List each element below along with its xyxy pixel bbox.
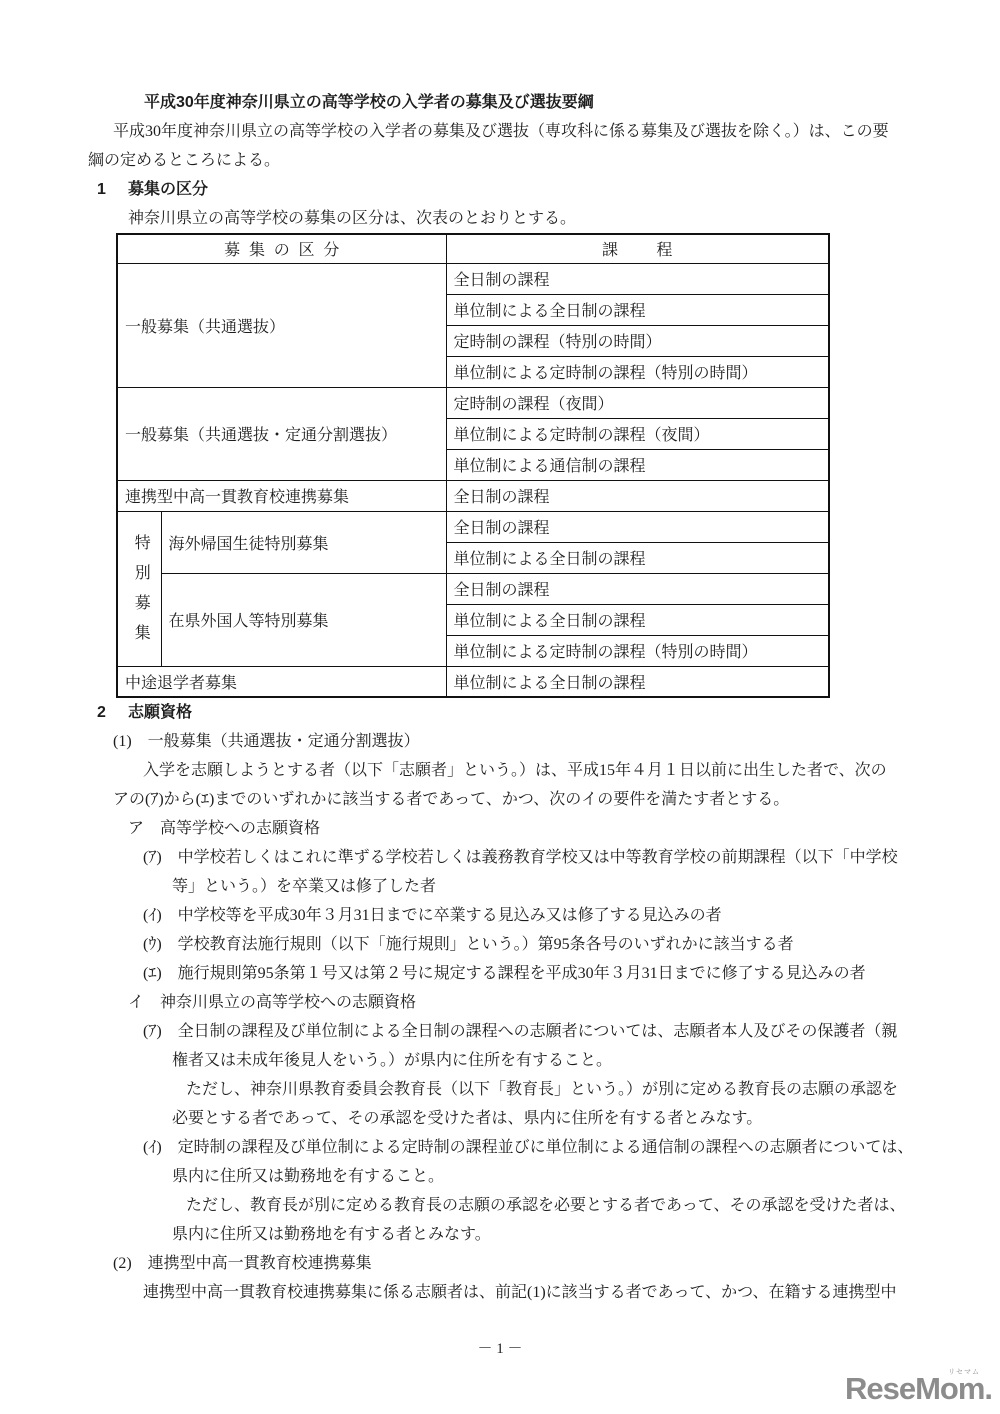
cell-category-special: 特別募集: [117, 511, 161, 666]
cell-course: 単位制による全日制の課程: [446, 666, 829, 697]
cell-course: 全日制の課程: [446, 480, 829, 511]
cell-course: 全日制の課程: [446, 263, 829, 294]
body-line: (2) 連携型中高一貫教育校連携募集: [113, 1249, 912, 1278]
intro-line-2: 綱の定めるところによる。: [88, 146, 912, 175]
page-number: － 1 －: [0, 1338, 1000, 1360]
body-line: (ｴ) 施行規則第95条第１号又は第２号に規定する課程を平成30年３月31日まで…: [143, 959, 912, 988]
body-line: (ｱ) 中学校若しくはこれに準ずる学校若しくは義務教育学校又は中等教育学校の前期…: [143, 843, 912, 872]
section1-heading: 1募集の区分: [97, 175, 912, 204]
header-category: 募集の区分: [117, 234, 446, 263]
cell-course: 単位制による定時制の課程（夜間）: [446, 418, 829, 449]
body-line: 権者又は未成年後見人をいう。）が県内に住所を有すること。: [172, 1046, 912, 1075]
special-vertical-label: 特別募集: [134, 529, 151, 649]
cell-course: 単位制による定時制の課程（特別の時間）: [446, 356, 829, 387]
table-row: 特別募集 海外帰国生徒特別募集 全日制の課程: [117, 511, 829, 542]
resemom-logo: リセマム ReseMom.: [845, 1372, 992, 1406]
cell-course: 定時制の課程（夜間）: [446, 387, 829, 418]
body-line: ただし、教育長が別に定める教育長の志願の承認を必要とする者であって、その承認を受…: [186, 1191, 912, 1220]
document-page: 平成30年度神奈川県立の高等学校の入学者の募集及び選抜要綱 平成30年度神奈川県…: [0, 0, 1000, 1414]
cell-course: 単位制による通信制の課程: [446, 449, 829, 480]
table-row: 一般募集（共通選抜） 全日制の課程: [117, 263, 829, 294]
cell-category-foreign: 在県外国人等特別募集: [161, 573, 446, 666]
cell-course: 単位制による全日制の課程: [446, 542, 829, 573]
section2-heading: 2志願資格: [97, 698, 912, 727]
body-line: (ｳ) 学校教育法施行規則（以下「施行規則」という。）第95条各号のいずれかに該…: [143, 930, 912, 959]
body-line: アの(ｱ)から(ｴ)までのいずれかに該当する者であって、かつ、次のイの要件を満た…: [113, 785, 912, 814]
recruitment-category-table: 募集の区分 課程 一般募集（共通選抜） 全日制の課程 単位制による全日制の課程 …: [116, 233, 830, 698]
body-line: 県内に住所又は勤務地を有する者とみなす。: [172, 1220, 912, 1249]
body-line: 連携型中高一貫教育校連携募集に係る志願者は、前記(1)に該当する者であって、かつ…: [143, 1278, 912, 1307]
intro-line-1: 平成30年度神奈川県立の高等学校の入学者の募集及び選抜（専攻科に係る募集及び選抜…: [113, 117, 912, 146]
table-row: 一般募集（共通選抜・定通分割選抜） 定時制の課程（夜間）: [117, 387, 829, 418]
section2-heading-label: 志願資格: [128, 704, 192, 721]
table-row: 在県外国人等特別募集 全日制の課程: [117, 573, 829, 604]
body-line: (ｲ) 中学校等を平成30年３月31日までに卒業する見込み又は修了する見込みの者: [143, 901, 912, 930]
cell-course: 単位制による全日制の課程: [446, 294, 829, 325]
cell-course: 単位制による全日制の課程: [446, 604, 829, 635]
section2-number: 2: [97, 698, 128, 727]
body-line: (1) 一般募集（共通選抜・定通分割選抜）: [113, 727, 912, 756]
cell-course: 定時制の課程（特別の時間）: [446, 325, 829, 356]
header-course: 課程: [446, 234, 829, 263]
body-line: イ 神奈川県立の高等学校への志願資格: [128, 988, 912, 1017]
section1-lead: 神奈川県立の高等学校の募集の区分は、次表のとおりとする。: [128, 204, 912, 233]
page-title: 平成30年度神奈川県立の高等学校の入学者の募集及び選抜要綱: [144, 88, 912, 117]
document-content: 平成30年度神奈川県立の高等学校の入学者の募集及び選抜要綱 平成30年度神奈川県…: [88, 88, 912, 1307]
table-row: 連携型中高一貫教育校連携募集 全日制の課程: [117, 480, 829, 511]
cell-category-dropout: 中途退学者募集: [117, 666, 446, 697]
body-line: (ｱ) 全日制の課程及び単位制による全日制の課程への志願者については、志願者本人…: [143, 1017, 912, 1046]
body-line: 必要とする者であって、その承認を受けた者は、県内に住所を有する者とみなす。: [172, 1104, 912, 1133]
table-row: 中途退学者募集 単位制による全日制の課程: [117, 666, 829, 697]
body-line: ア 高等学校への志願資格: [128, 814, 912, 843]
cell-course: 単位制による定時制の課程（特別の時間）: [446, 635, 829, 666]
cell-category-overseas: 海外帰国生徒特別募集: [161, 511, 446, 573]
section1-heading-label: 募集の区分: [128, 181, 208, 198]
body-line: ただし、神奈川県教育委員会教育長（以下「教育長」という。）が別に定める教育長の志…: [186, 1075, 912, 1104]
cell-course: 全日制の課程: [446, 511, 829, 542]
cell-course: 全日制の課程: [446, 573, 829, 604]
body-line: 県内に住所又は勤務地を有すること。: [172, 1162, 912, 1191]
body-line: 等」という。）を卒業又は修了した者: [172, 872, 912, 901]
section1-number: 1: [97, 175, 128, 204]
resemom-logo-ruby: リセマム: [948, 1367, 980, 1377]
table-header-row: 募集の区分 課程: [117, 234, 829, 263]
cell-category-general-split: 一般募集（共通選抜・定通分割選抜）: [117, 387, 446, 480]
body-line: 入学を志願しようとする者（以下「志願者」という。）は、平成15年４月１日以前に出…: [143, 756, 912, 785]
cell-category-general-common: 一般募集（共通選抜）: [117, 263, 446, 387]
cell-category-renkei: 連携型中高一貫教育校連携募集: [117, 480, 446, 511]
body-line: (ｲ) 定時制の課程及び単位制による定時制の課程並びに単位制による通信制の課程へ…: [143, 1133, 912, 1162]
